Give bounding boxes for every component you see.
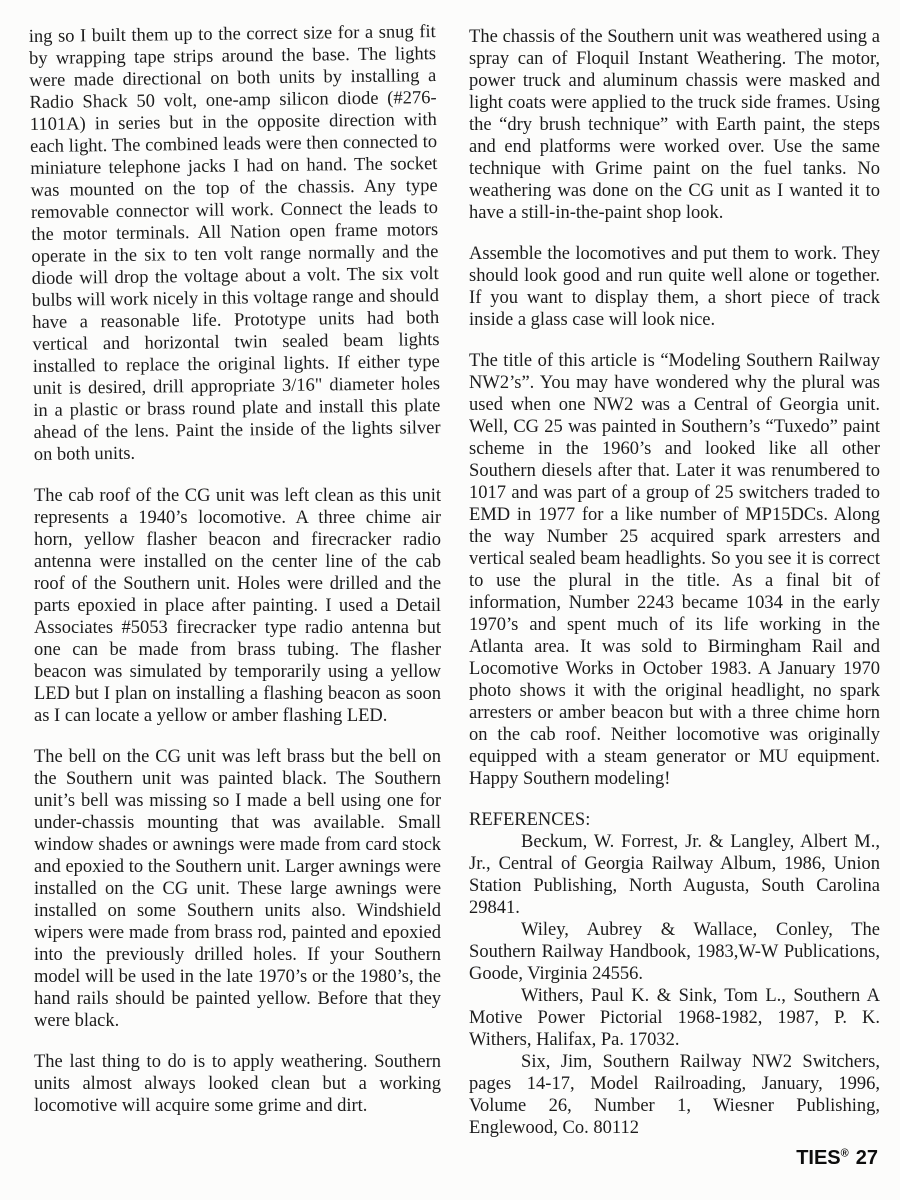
article-paragraph: The last thing to do is to apply weather… [34,1051,441,1117]
left-column: ing so I built them up to the correct si… [34,26,441,1200]
reference-item: Beckum, W. Forrest, Jr. & Langley, Alber… [469,831,880,919]
reference-item: Wiley, Aubrey & Wallace, Conley, The Sou… [469,919,880,985]
right-column: The chassis of the Southern unit was wea… [469,26,880,1200]
article-paragraph: The bell on the CG unit was left brass b… [34,746,441,1032]
article-paragraph: The cab roof of the CG unit was left cle… [34,485,441,727]
article-paragraph: Assemble the locomotives and put them to… [469,243,880,331]
page-footer: TIES®27 [469,1147,880,1169]
references-heading: REFERENCES: [469,809,880,831]
article-paragraph: The chassis of the Southern unit was wea… [469,26,880,224]
registered-trademark-symbol: ® [841,1147,849,1159]
reference-item: Withers, Paul K. & Sink, Tom L., Souther… [469,985,880,1051]
article-paragraph: The title of this article is “Modeling S… [469,350,880,790]
magazine-page: ing so I built them up to the correct si… [0,0,900,1200]
magazine-brand: TIES [796,1147,840,1169]
page-number: 27 [856,1147,878,1169]
reference-item: Six, Jim, Southern Railway NW2 Switchers… [469,1051,880,1139]
article-paragraph: ing so I built them up to the correct si… [29,21,441,466]
